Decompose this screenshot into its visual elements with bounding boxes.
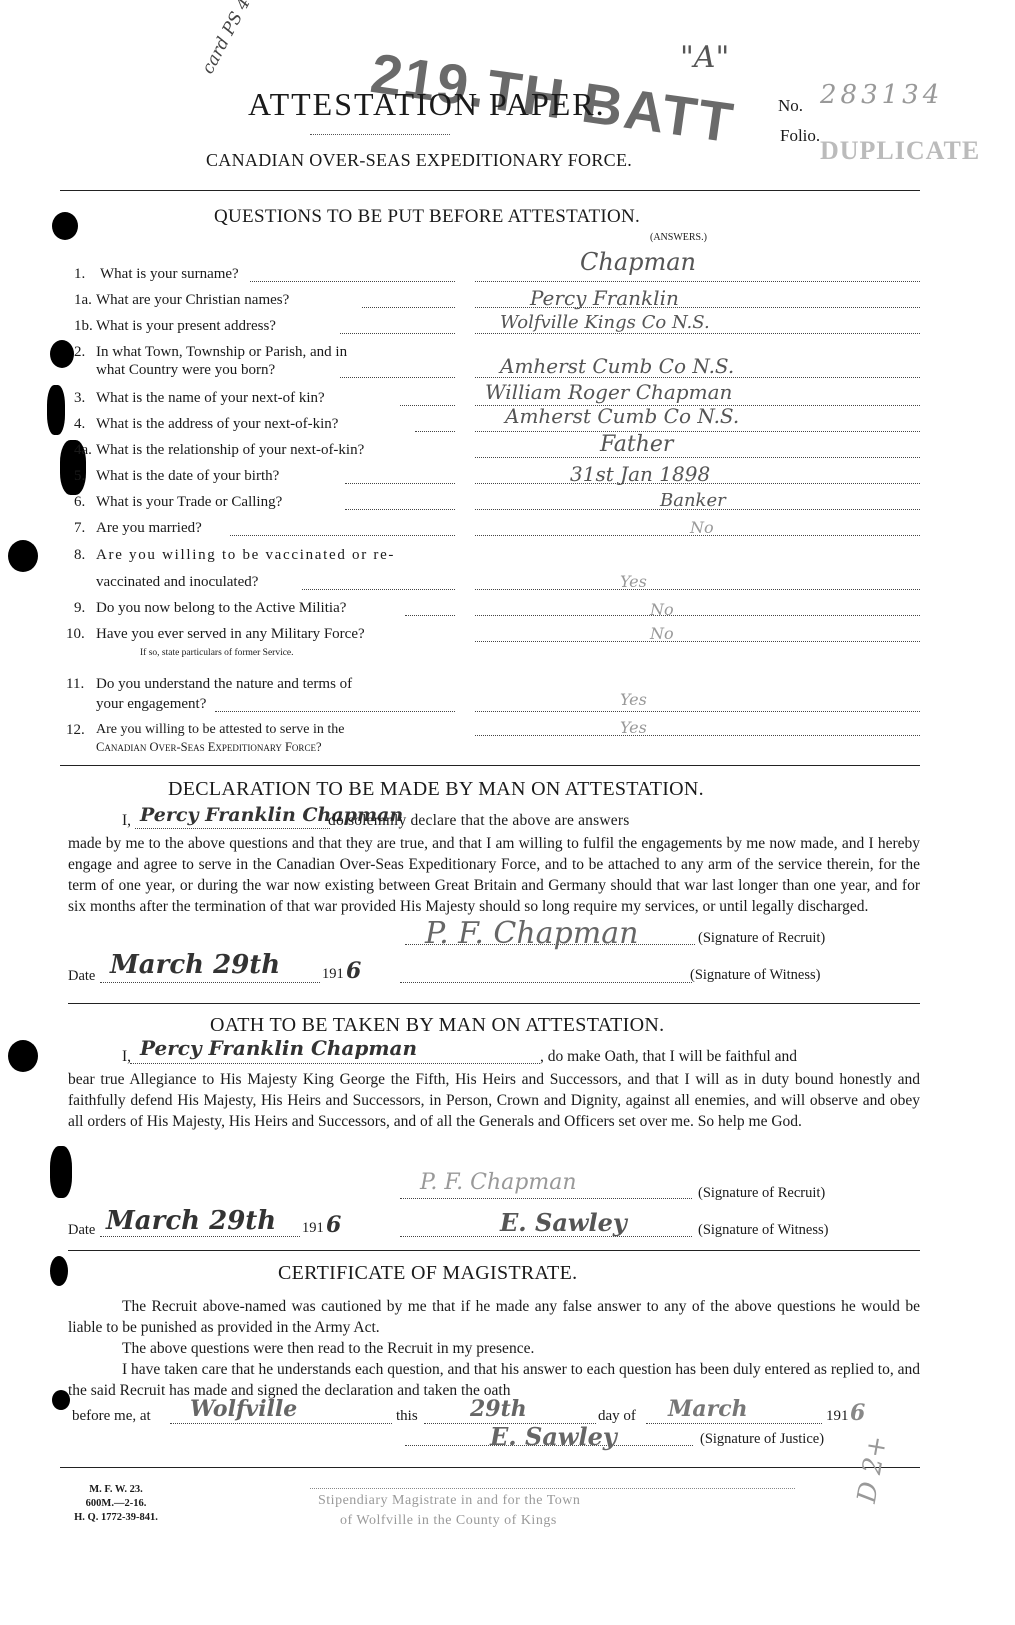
answer-surname: Chapman	[580, 248, 696, 276]
question-text: What is your surname?	[100, 266, 239, 283]
declaration-recruit-signature: P. F. Chapman	[425, 916, 638, 951]
question-number: 1b.	[74, 318, 93, 335]
question-text: Are you willing to be attested to serve …	[96, 722, 344, 738]
answer-line[interactable]	[475, 589, 920, 590]
margin-initials: D 2+	[852, 1434, 893, 1506]
certificate-paragraph-1: The Recruit above-named was cautioned by…	[68, 1296, 920, 1338]
question-text: What is the name of your next-of kin?	[96, 390, 325, 407]
answer-line[interactable]	[475, 641, 920, 642]
this-label: this	[396, 1408, 418, 1425]
year-prefix: 191	[302, 1220, 324, 1237]
oath-body: bear true Allegiance to His Majesty King…	[68, 1069, 920, 1132]
question-text: Have you ever served in any Military For…	[96, 626, 365, 643]
question-number: 3.	[74, 390, 85, 407]
signature-of-recruit-label: (Signature of Recruit)	[698, 930, 825, 947]
justice-signature: E. Sawley	[490, 1422, 617, 1451]
oath-witness-signature: E. Sawley	[500, 1208, 627, 1237]
witness-signature-line[interactable]	[400, 982, 692, 983]
signature-of-witness-label: (Signature of Witness)	[698, 1222, 828, 1239]
oath-name: Percy Franklin Chapman	[140, 1036, 417, 1060]
question-text: What is the relationship of your next-of…	[96, 442, 364, 459]
answer-willing-attested: Yes	[620, 718, 647, 737]
answer-active-militia: No	[650, 600, 674, 619]
answer-birthplace: Amherst Cumb Co N.S.	[500, 354, 734, 378]
document-title: ATTESTATION PAPER.	[248, 86, 606, 123]
question-text: What is your Trade or Calling?	[96, 494, 282, 511]
company-stamp: "A"	[680, 40, 729, 75]
certificate-day: 29th	[470, 1396, 527, 1422]
section-divider	[60, 190, 920, 191]
question-number: 11.	[66, 676, 84, 693]
question-number: 2.	[74, 344, 85, 361]
section-divider	[68, 1250, 920, 1251]
question-text: Canadian Over-Seas Expeditionary Force?	[96, 740, 322, 755]
oath-first-line: , do make Oath, that I will be faithful …	[540, 1048, 797, 1066]
answer-vaccinated: Yes	[620, 572, 647, 591]
before-me-label: before me, at	[72, 1408, 151, 1425]
duplicate-stamp: DUPLICATE	[820, 136, 980, 166]
certificate-paragraph-2: The above questions were then read to th…	[68, 1338, 920, 1359]
form-code: H. Q. 1772-39-841.	[66, 1511, 166, 1525]
question-number: 1a.	[74, 292, 92, 309]
question-number: 9.	[74, 600, 85, 617]
question-note: If so, state particulars of former Servi…	[140, 648, 294, 658]
answer-line[interactable]	[475, 711, 920, 712]
answer-line[interactable]	[475, 735, 920, 736]
binder-hole-blot	[8, 1040, 38, 1072]
answer-relationship: Father	[600, 432, 673, 457]
answer-line[interactable]	[475, 281, 920, 282]
answer-married: No	[690, 518, 714, 537]
binder-hole-blot	[50, 340, 74, 368]
certificate-place: Wolfville	[190, 1396, 297, 1422]
binder-hole-blot	[8, 540, 38, 572]
question-text: What are your Christian names?	[96, 292, 289, 309]
certificate-paragraph-3: I have taken care that he understands ea…	[68, 1359, 920, 1401]
question-number: 6.	[74, 494, 85, 511]
binder-hole-blot	[50, 1146, 72, 1198]
answer-line[interactable]	[475, 333, 920, 334]
certificate-month: March	[668, 1396, 748, 1422]
folio-label: Folio.	[780, 126, 820, 146]
form-code: M. F. W. 23.	[66, 1483, 166, 1497]
declaration-body: made by me to the above questions and th…	[68, 833, 920, 917]
question-text: What is the date of your birth?	[96, 468, 279, 485]
year-prefix: 191	[826, 1408, 849, 1425]
oath-recruit-signature: P. F. Chapman	[420, 1170, 577, 1195]
oath-heading: OATH TO BE TAKEN BY MAN ON ATTESTATION.	[210, 1014, 664, 1037]
answer-line[interactable]	[475, 615, 920, 616]
question-text: Are you willing to be vaccinated or re-	[96, 547, 395, 564]
question-text: Do you understand the nature and terms o…	[96, 676, 352, 693]
declaration-heading: DECLARATION TO BE MADE BY MAN ON ATTESTA…	[168, 778, 704, 801]
regimental-number: 283134	[820, 80, 943, 110]
section-divider	[68, 1003, 920, 1004]
section-divider	[60, 1467, 920, 1468]
margin-note: card PS 4-9-16	[198, 0, 275, 77]
answer-trade: Banker	[660, 490, 726, 511]
question-number: 1.	[74, 266, 85, 283]
magistrate-stamp-line-2: of Wolfville in the County of Kings	[340, 1513, 557, 1529]
document-subtitle: CANADIAN OVER-SEAS EXPEDITIONARY FORCE.	[206, 150, 632, 171]
declaration-first-line: do solemnly declare that the above are a…	[328, 812, 629, 830]
form-code: 600M.—2-16.	[66, 1497, 166, 1511]
answer-christian-names: Percy Franklin	[530, 286, 679, 310]
binder-hole-blot	[47, 385, 65, 435]
answer-line[interactable]	[475, 457, 920, 458]
title-divider	[310, 134, 450, 135]
regimental-number-label: No.	[778, 96, 803, 116]
question-text: What is the address of your next-of-kin?	[96, 416, 338, 433]
section-divider	[60, 765, 920, 766]
oath-date: March 29th	[106, 1206, 276, 1236]
questions-heading: QUESTIONS TO BE PUT BEFORE ATTESTATION.	[214, 206, 640, 228]
year-suffix: 6	[346, 958, 361, 984]
year-prefix: 191	[322, 966, 344, 983]
answer-understand-terms: Yes	[620, 690, 647, 709]
answer-military-service: No	[650, 624, 674, 643]
answer-present-address: Wolfville Kings Co N.S.	[500, 312, 710, 333]
answer-next-of-kin: William Roger Chapman	[485, 380, 732, 404]
question-text: your engagement?	[96, 696, 206, 713]
answer-next-of-kin-address: Amherst Cumb Co N.S.	[505, 404, 739, 428]
question-number: 12.	[66, 722, 85, 739]
answer-line[interactable]	[475, 431, 920, 432]
question-text: Are you married?	[96, 520, 202, 537]
declaration-i: I,	[122, 812, 131, 830]
binder-hole-blot	[52, 212, 78, 240]
question-number: 7.	[74, 520, 85, 537]
date-label: Date	[68, 1222, 95, 1239]
question-text: vaccinated and inoculated?	[96, 574, 258, 591]
question-text: Do you now belong to the Active Militia?	[96, 600, 346, 617]
question-number: 4a.	[74, 442, 92, 459]
question-text: what Country were you born?	[96, 362, 275, 379]
question-number: 5.	[74, 468, 85, 485]
question-number: 4.	[74, 416, 85, 433]
question-number: 10.	[66, 626, 85, 643]
declaration-date: March 29th	[110, 950, 280, 980]
answer-birth-date: 31st Jan 1898	[570, 462, 710, 486]
magistrate-stamp-line-1: Stipendiary Magistrate in and for the To…	[318, 1493, 580, 1509]
question-number: 8.	[74, 547, 85, 564]
date-label: Date	[68, 968, 95, 985]
question-text: What is your present address?	[96, 318, 276, 335]
signature-of-recruit-label: (Signature of Recruit)	[698, 1185, 825, 1202]
form-codes: M. F. W. 23. 600M.—2-16. H. Q. 1772-39-8…	[66, 1483, 166, 1525]
signature-of-witness-label: (Signature of Witness)	[690, 967, 820, 984]
signature-of-justice-label: (Signature of Justice)	[700, 1431, 824, 1448]
answers-label: (ANSWERS.)	[650, 232, 707, 243]
year-suffix: 6	[326, 1212, 341, 1238]
year-suffix: 6	[850, 1400, 865, 1426]
binder-hole-blot	[50, 1256, 68, 1286]
certificate-heading: CERTIFICATE OF MAGISTRATE.	[278, 1262, 577, 1285]
question-text: In what Town, Township or Parish, and in	[96, 344, 347, 361]
